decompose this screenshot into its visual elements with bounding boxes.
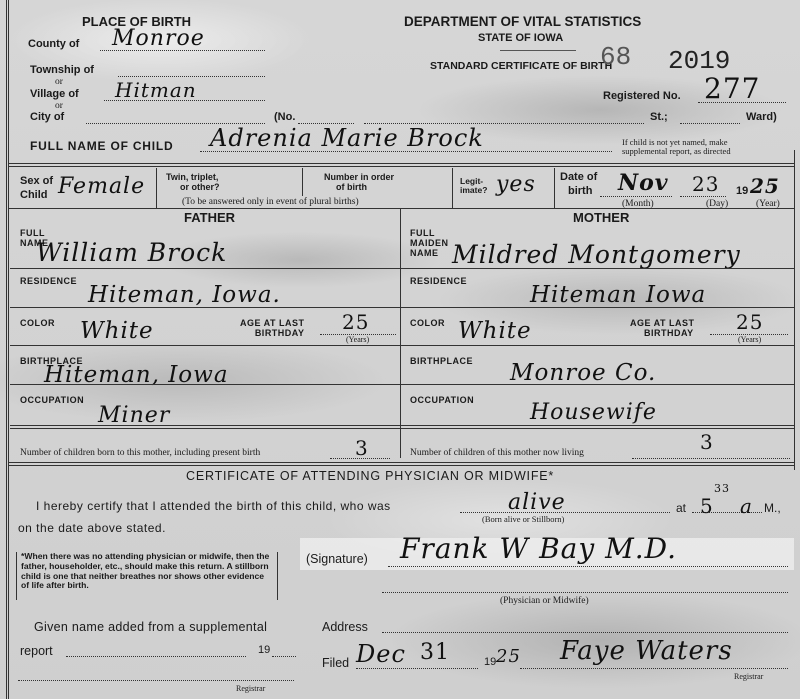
filed-year-suffix: 25: [496, 646, 521, 667]
dob-label-2: birth: [568, 185, 592, 197]
sex-label: Sex of: [20, 175, 53, 187]
m-label: M.,: [764, 501, 781, 515]
father-color-label: COLOR: [20, 318, 55, 328]
child-name-label: FULL NAME OF CHILD: [30, 139, 174, 153]
children-living-line: [632, 458, 790, 459]
dob-month-value: Nov: [618, 170, 669, 196]
registered-no-value: 277: [704, 72, 760, 105]
label-part: BIRTHDAY: [241, 328, 305, 338]
registered-no-label: Registered No.: [603, 90, 681, 102]
ward-line: [680, 123, 740, 124]
township-label: Township of: [30, 64, 94, 76]
time-minutes: 33: [714, 482, 730, 495]
row-rule: [400, 307, 794, 308]
registrar-caption-left: Registrar: [236, 684, 265, 693]
mother-name-value: Mildred Montgomery: [452, 240, 741, 269]
physician-signature: Frank W Bay M.D.: [400, 532, 677, 565]
supplemental-line: [66, 656, 246, 657]
address-label: Address: [322, 620, 368, 634]
city-label: City of: [30, 111, 64, 123]
village-label: Village of: [30, 88, 79, 100]
stillborn-note: *When there was no attending physician o…: [16, 552, 278, 600]
registrar-signature: Faye Waters: [560, 636, 733, 666]
filed-label: Filed: [322, 656, 349, 670]
mother-residence-value: Hiteman Iowa: [530, 282, 706, 308]
header-rule: [500, 50, 576, 51]
stamp-number-left: 68: [600, 42, 631, 72]
father-residence-label: RESIDENCE: [20, 276, 77, 286]
or-text: or: [55, 77, 63, 87]
department-title: DEPARTMENT OF VITAL STATISTICS: [404, 14, 641, 29]
at-label: at: [676, 501, 686, 515]
supplemental-year-line: [272, 656, 296, 657]
frame-right: [794, 150, 795, 470]
section-rule: [8, 462, 794, 463]
father-residence-value: Hiteman, Iowa.: [88, 282, 281, 308]
county-label: County of: [28, 38, 79, 50]
mother-birthplace-label: BIRTHPLACE: [410, 356, 473, 366]
am-pm-value: a: [740, 494, 753, 518]
mother-birthplace-value: Monroe Co.: [510, 360, 656, 386]
state-title: STATE OF IOWA: [478, 32, 563, 44]
cell-divider: [554, 168, 555, 208]
child-name-value: Adrenia Marie Brock: [210, 124, 484, 152]
row-rule: [400, 268, 794, 269]
dob-year-prefix: 19: [736, 185, 748, 197]
frame-left-inner: [8, 0, 9, 699]
or-text: or: [55, 101, 63, 111]
row-rule: [10, 428, 794, 429]
time-hour: 5: [700, 494, 714, 518]
born-caption: (Born alive or Stillborn): [482, 514, 564, 524]
section-rule: [8, 166, 794, 167]
mother-color-label: COLOR: [410, 318, 445, 328]
filed-day: 31: [420, 640, 450, 665]
legitimate-value: yes: [496, 172, 536, 197]
frame-left: [6, 0, 7, 699]
legit-label-2: imate?: [460, 185, 487, 195]
birth-certificate: PLACE OF BIRTH County of Monroe Township…: [0, 0, 800, 699]
mother-age-label: AGE AT LASTBIRTHDAY: [630, 318, 695, 338]
plural-births-note: (To be answered only in event of plural …: [182, 197, 359, 207]
label-part: FULL: [410, 228, 435, 238]
father-color-value: White: [80, 318, 154, 344]
mother-age-value: 25: [736, 310, 763, 334]
row-rule: [10, 425, 794, 426]
sex-label-2: Child: [20, 189, 48, 201]
row-rule: [400, 384, 794, 385]
born-status-value: alive: [508, 490, 566, 515]
address-line: [382, 632, 788, 633]
father-heading: FATHER: [184, 210, 235, 225]
registrar-line-left: [18, 680, 294, 681]
mother-occupation-value: Housewife: [530, 400, 657, 425]
section-rule: [8, 208, 794, 209]
children-living-label: Number of children of this mother now li…: [410, 448, 584, 458]
children-born-label: Number of children born to this mother, …: [20, 448, 260, 458]
mother-color-value: White: [458, 318, 532, 344]
dob-month-line: [600, 196, 672, 197]
signer-line: [382, 592, 788, 593]
mother-residence-label: RESIDENCE: [410, 276, 467, 286]
section-rule: [8, 465, 794, 466]
cell-divider: [452, 168, 453, 208]
filed-date-line: [356, 668, 478, 669]
street-label: St.;: [650, 111, 668, 123]
filed-month: Dec: [356, 640, 406, 668]
mother-occupation-label: OCCUPATION: [410, 395, 474, 405]
signature-label: (Signature): [306, 552, 368, 566]
certificate-heading: CERTIFICATE OF ATTENDING PHYSICIAN OR MI…: [186, 469, 554, 483]
section-rule: [8, 163, 794, 164]
father-name-value: William Brock: [36, 238, 227, 267]
registrar-line-right: [520, 668, 788, 669]
filed-year-prefix: 19: [484, 656, 496, 668]
supplemental-year: 19: [258, 644, 270, 656]
mother-heading: MOTHER: [573, 210, 629, 225]
certify-line-1: I hereby certify that I attended the bir…: [36, 499, 391, 513]
row-rule: [10, 307, 400, 308]
ward-label: Ward): [746, 111, 777, 123]
certificate-title: STANDARD CERTIFICATE OF BIRTH: [430, 60, 612, 72]
street-no-label: (No.: [274, 111, 295, 123]
row-rule: [10, 345, 400, 346]
row-rule: [10, 384, 400, 385]
supplemental-label: Given name added from a supplemental: [34, 620, 267, 634]
dob-day-line: [680, 196, 726, 197]
children-living-value: 3: [700, 430, 714, 454]
years-caption: (Years): [346, 335, 369, 344]
father-age-label: AGE AT LASTBIRTHDAY: [240, 318, 305, 338]
parents-divider: [400, 208, 401, 458]
label-part: FULL: [20, 228, 45, 238]
label-part: AGE AT LAST: [240, 318, 305, 328]
mother-name-label: FULLMAIDENNAME: [410, 228, 449, 258]
not-named-note-2: supplemental report, as directed: [622, 146, 731, 156]
supplemental-report-label: report: [20, 644, 53, 658]
dob-label: Date of: [560, 171, 597, 183]
legitimate-label: Legit-imate?: [460, 177, 487, 195]
children-born-value: 3: [355, 436, 369, 460]
certify-line-2: on the date above stated.: [18, 521, 166, 535]
registrar-caption-right: Registrar: [734, 672, 763, 681]
twin-label-2: or other?: [180, 182, 220, 192]
years-caption: (Years): [738, 335, 761, 344]
row-rule: [10, 268, 400, 269]
sex-value: Female: [58, 174, 145, 199]
label-part: MAIDEN: [410, 238, 449, 248]
row-rule: [400, 345, 794, 346]
father-age-value: 25: [342, 310, 369, 334]
order-label: Number in order: [324, 172, 394, 182]
signature-line: [388, 566, 788, 567]
county-value: Monroe: [112, 26, 205, 51]
village-value: Hitman: [115, 78, 197, 102]
signer-caption: (Physician or Midwife): [500, 596, 589, 606]
father-occupation-label: OCCUPATION: [20, 395, 84, 405]
order-label-2: of birth: [336, 182, 367, 192]
cell-divider: [302, 168, 303, 196]
dob-year-suffix: 25: [750, 174, 780, 198]
twin-label: Twin, triplet,: [166, 172, 218, 182]
township-line: [118, 76, 265, 77]
label-part: NAME: [410, 248, 439, 258]
label-part: AGE AT LAST: [630, 318, 695, 328]
label-part: BIRTHDAY: [630, 328, 694, 338]
dob-day-value: 23: [692, 172, 719, 196]
cell-divider: [156, 168, 157, 208]
